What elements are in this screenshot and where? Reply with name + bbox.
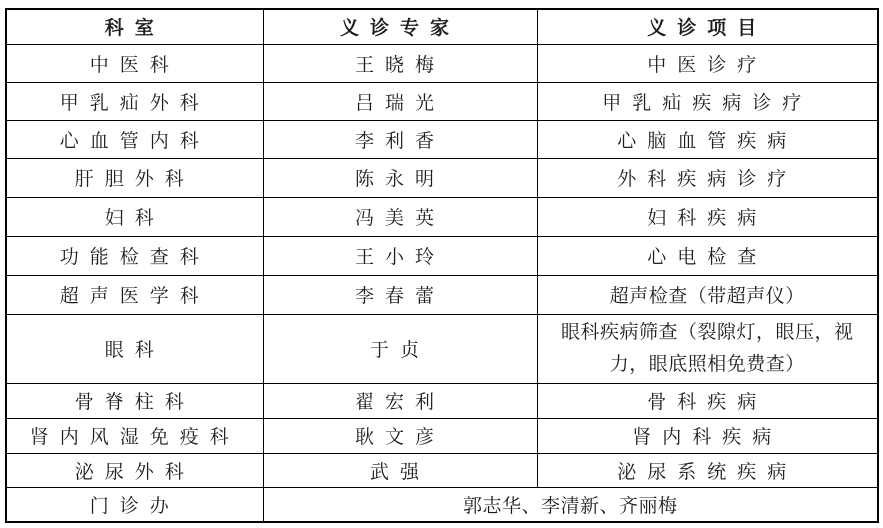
cell-department: 妇科 (6, 197, 263, 236)
cell-project: 心电检查 (537, 236, 878, 275)
table-row: 妇科 冯美英 妇科疾病 (6, 197, 878, 236)
table-row: 超声医学科 李春蕾 超声检查（带超声仪） (6, 275, 878, 314)
cell-project: 泌尿系统疾病 (537, 453, 878, 487)
cell-project: 甲乳疝疾病诊疗 (537, 82, 878, 120)
cell-expert: 陈永明 (263, 158, 537, 197)
cell-project: 眼科疾病筛查（裂隙灯，眼压，视 力，眼底照相免费查） (537, 314, 878, 383)
cell-expert: 武强 (263, 453, 537, 487)
cell-project: 心脑血管疾病 (537, 120, 878, 158)
table-row: 中医科 王晓梅 中医诊疗 (6, 44, 878, 82)
cell-department: 中医科 (6, 44, 263, 82)
table-row: 眼科 于贞 眼科疾病筛查（裂隙灯，眼压，视 力，眼底照相免费查） (6, 314, 878, 383)
document-page: 科室 义诊专家 义诊项目 中医科 王晓梅 中医诊疗 甲乳疝外科 吕瑞光 甲乳疝疾… (0, 0, 883, 528)
cell-project: 肾内科疾病 (537, 418, 878, 453)
cell-department: 门诊办 (6, 487, 263, 522)
header-department: 科室 (6, 9, 263, 44)
cell-expert: 耿文彦 (263, 418, 537, 453)
table-row-merged: 门诊办 郭志华、李清新、齐丽梅 (6, 487, 878, 522)
table-row: 泌尿外科 武强 泌尿系统疾病 (6, 453, 878, 487)
cell-expert: 冯美英 (263, 197, 537, 236)
cell-expert: 王晓梅 (263, 44, 537, 82)
table-header-row: 科室 义诊专家 义诊项目 (6, 9, 878, 44)
table-row: 肾内风湿免疫科 耿文彦 肾内科疾病 (6, 418, 878, 453)
header-expert: 义诊专家 (263, 9, 537, 44)
cell-expert: 于贞 (263, 314, 537, 383)
cell-expert: 王小玲 (263, 236, 537, 275)
table-row: 肝胆外科 陈永明 外科疾病诊疗 (6, 158, 878, 197)
table-row: 心血管内科 李利香 心脑血管疾病 (6, 120, 878, 158)
cell-department: 心血管内科 (6, 120, 263, 158)
table-row: 骨脊柱科 翟宏利 骨科疾病 (6, 383, 878, 418)
cell-project: 妇科疾病 (537, 197, 878, 236)
cell-expert: 李利香 (263, 120, 537, 158)
cell-project: 外科疾病诊疗 (537, 158, 878, 197)
cell-department: 眼科 (6, 314, 263, 383)
cell-project: 超声检查（带超声仪） (537, 275, 878, 314)
cell-department: 泌尿外科 (6, 453, 263, 487)
cell-expert: 吕瑞光 (263, 82, 537, 120)
cell-department: 肝胆外科 (6, 158, 263, 197)
cell-project: 骨科疾病 (537, 383, 878, 418)
table-row: 功能检查科 王小玲 心电检查 (6, 236, 878, 275)
cell-department: 超声医学科 (6, 275, 263, 314)
header-project: 义诊项目 (537, 9, 878, 44)
cell-expert: 李春蕾 (263, 275, 537, 314)
cell-project: 中医诊疗 (537, 44, 878, 82)
clinic-schedule-table: 科室 义诊专家 义诊项目 中医科 王晓梅 中医诊疗 甲乳疝外科 吕瑞光 甲乳疝疾… (5, 8, 879, 523)
cell-department: 肾内风湿免疫科 (6, 418, 263, 453)
cell-department: 甲乳疝外科 (6, 82, 263, 120)
cell-department: 功能检查科 (6, 236, 263, 275)
cell-expert: 翟宏利 (263, 383, 537, 418)
cell-staff-merged: 郭志华、李清新、齐丽梅 (263, 487, 878, 522)
table-row: 甲乳疝外科 吕瑞光 甲乳疝疾病诊疗 (6, 82, 878, 120)
cell-department: 骨脊柱科 (6, 383, 263, 418)
